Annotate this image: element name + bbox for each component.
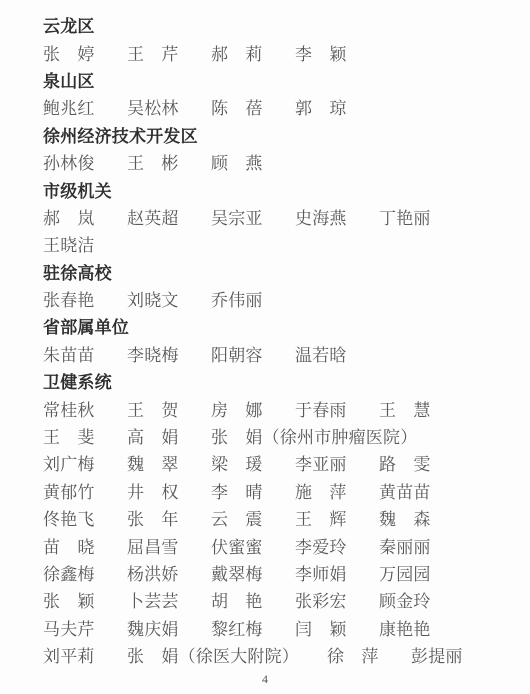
person-name: 吴宗亚 xyxy=(211,204,295,229)
section-heading: 省部属单位 xyxy=(43,312,518,339)
person-name: 于春雨 xyxy=(295,396,379,421)
person-name: 王晓洁 xyxy=(43,231,127,256)
person-name: 温若晗 xyxy=(295,341,379,366)
person-name: 王 芹 xyxy=(127,40,211,65)
person-name: 张 年 xyxy=(127,505,211,530)
person-name: 王 斐 xyxy=(43,423,127,448)
person-name: 魏 森 xyxy=(379,505,463,530)
name-row: 孙林俊王 彬顾 燕 xyxy=(43,148,518,175)
person-name: 徐 萍 xyxy=(327,642,411,667)
person-name: 鲍兆红 xyxy=(43,94,127,119)
name-row: 徐鑫梅杨洪娇戴翠梅李师娟万园园 xyxy=(43,559,518,586)
person-name: 孙林俊 xyxy=(43,149,127,174)
person-name: 康艳艳 xyxy=(379,615,463,640)
person-name: 陈 蓓 xyxy=(211,94,295,119)
document-page: 云龙区张 婷王 芹郝 莉李 颖泉山区鲍兆红吴松林陈 蓓郭 琼徐州经济技术开发区孙… xyxy=(0,0,530,694)
person-name: 施 萍 xyxy=(295,478,379,503)
name-row: 张春艳刘晓文乔伟丽 xyxy=(43,285,518,312)
person-name: 佟艳飞 xyxy=(43,505,127,530)
name-row: 朱苗苗李晓梅阳朝容温若晗 xyxy=(43,340,518,367)
person-name: 李师娟 xyxy=(295,560,379,585)
section-heading: 泉山区 xyxy=(43,66,518,93)
person-name: 郝 莉 xyxy=(211,40,295,65)
person-name: 井 权 xyxy=(127,478,211,503)
person-name: 彭提丽 xyxy=(411,642,495,667)
person-name: 李亚丽 xyxy=(295,450,379,475)
section-heading: 徐州经济技术开发区 xyxy=(43,121,518,148)
person-name: 张彩宏 xyxy=(295,587,379,612)
person-name: 顾金玲 xyxy=(379,587,463,612)
name-row: 刘广梅魏 翠梁 瑗李亚丽路 雯 xyxy=(43,449,518,476)
person-name-text: 张 娟 xyxy=(127,647,179,666)
name-row: 苗 晓屈昌雪伏蜜蜜李爱玲秦丽丽 xyxy=(43,531,518,558)
page-footer: 4 xyxy=(0,670,530,688)
person-name: 房 娜 xyxy=(211,396,295,421)
person-name: 张春艳 xyxy=(43,286,127,311)
person-name: 张 娟（徐医大附院） xyxy=(127,642,299,667)
name-row: 郝 岚赵英超吴宗亚史海燕丁艳丽 xyxy=(43,203,518,230)
person-name: 史海燕 xyxy=(295,204,379,229)
person-name: 王 慧 xyxy=(379,396,463,421)
person-name: 乔伟丽 xyxy=(211,286,295,311)
person-name: 李爱玲 xyxy=(295,533,379,558)
person-name: 顾 燕 xyxy=(211,149,295,174)
person-name: 云 震 xyxy=(211,505,295,530)
person-name: 李晓梅 xyxy=(127,341,211,366)
person-name: 万园园 xyxy=(379,560,463,585)
person-name: 郝 岚 xyxy=(43,204,127,229)
name-row: 刘平莉张 娟（徐医大附院）徐 萍彭提丽 xyxy=(43,641,518,668)
section-heading: 驻徐高校 xyxy=(43,258,518,285)
name-list-content: 云龙区张 婷王 芹郝 莉李 颖泉山区鲍兆红吴松林陈 蓓郭 琼徐州经济技术开发区孙… xyxy=(43,11,518,668)
name-row: 鲍兆红吴松林陈 蓓郭 琼 xyxy=(43,93,518,120)
section-heading: 云龙区 xyxy=(43,11,518,38)
person-name: 阳朝容 xyxy=(211,341,295,366)
name-row: 张 颖卜芸芸胡 艳张彩宏顾金玲 xyxy=(43,586,518,613)
person-name: 闫 颖 xyxy=(295,615,379,640)
person-name: 伏蜜蜜 xyxy=(211,533,295,558)
name-row: 黄郁竹井 权李 晴施 萍黄苗苗 xyxy=(43,477,518,504)
person-name: 刘平莉 xyxy=(43,642,127,667)
person-affiliation-note: （徐州市肿瘤医院） xyxy=(263,428,418,447)
person-name-text: 张 娟 xyxy=(211,428,263,447)
person-name: 李 颖 xyxy=(295,40,379,65)
person-name: 黄郁竹 xyxy=(43,478,127,503)
person-name: 吴松林 xyxy=(127,94,211,119)
person-name: 黎红梅 xyxy=(211,615,295,640)
person-affiliation-note: （徐医大附院） xyxy=(179,647,299,666)
name-row: 常桂秋王 贺房 娜于春雨王 慧 xyxy=(43,394,518,421)
person-name: 秦丽丽 xyxy=(379,533,463,558)
section-heading: 卫健系统 xyxy=(43,367,518,394)
name-row: 王晓洁 xyxy=(43,230,518,257)
page-number: 4 xyxy=(262,672,268,686)
name-row: 佟艳飞张 年云 震王 辉魏 森 xyxy=(43,504,518,531)
person-name: 魏 翠 xyxy=(127,450,211,475)
name-row: 王 斐高 娟张 娟（徐州市肿瘤医院） xyxy=(43,422,518,449)
person-name: 路 雯 xyxy=(379,450,463,475)
person-name: 郭 琼 xyxy=(295,94,379,119)
person-name: 高 娟 xyxy=(127,423,211,448)
person-name: 丁艳丽 xyxy=(379,204,463,229)
person-name: 王 彬 xyxy=(127,149,211,174)
person-name: 苗 晓 xyxy=(43,533,127,558)
person-name: 王 辉 xyxy=(295,505,379,530)
person-name: 王 贺 xyxy=(127,396,211,421)
person-name: 杨洪娇 xyxy=(127,560,211,585)
person-name: 朱苗苗 xyxy=(43,341,127,366)
person-name: 张 娟（徐州市肿瘤医院） xyxy=(211,423,417,448)
person-name: 卜芸芸 xyxy=(127,587,211,612)
name-row: 马夫芹魏庆娟黎红梅闫 颖康艳艳 xyxy=(43,614,518,641)
person-name: 常桂秋 xyxy=(43,396,127,421)
person-name: 刘晓文 xyxy=(127,286,211,311)
person-name: 李 晴 xyxy=(211,478,295,503)
person-name: 戴翠梅 xyxy=(211,560,295,585)
person-name: 胡 艳 xyxy=(211,587,295,612)
person-name: 屈昌雪 xyxy=(127,533,211,558)
person-name: 梁 瑗 xyxy=(211,450,295,475)
person-name: 马夫芹 xyxy=(43,615,127,640)
person-name: 张 颖 xyxy=(43,587,127,612)
person-name: 黄苗苗 xyxy=(379,478,463,503)
person-name: 刘广梅 xyxy=(43,450,127,475)
name-row: 张 婷王 芹郝 莉李 颖 xyxy=(43,38,518,65)
person-name: 张 婷 xyxy=(43,40,127,65)
section-heading: 市级机关 xyxy=(43,175,518,202)
person-name: 魏庆娟 xyxy=(127,615,211,640)
person-name: 徐鑫梅 xyxy=(43,560,127,585)
person-name: 赵英超 xyxy=(127,204,211,229)
